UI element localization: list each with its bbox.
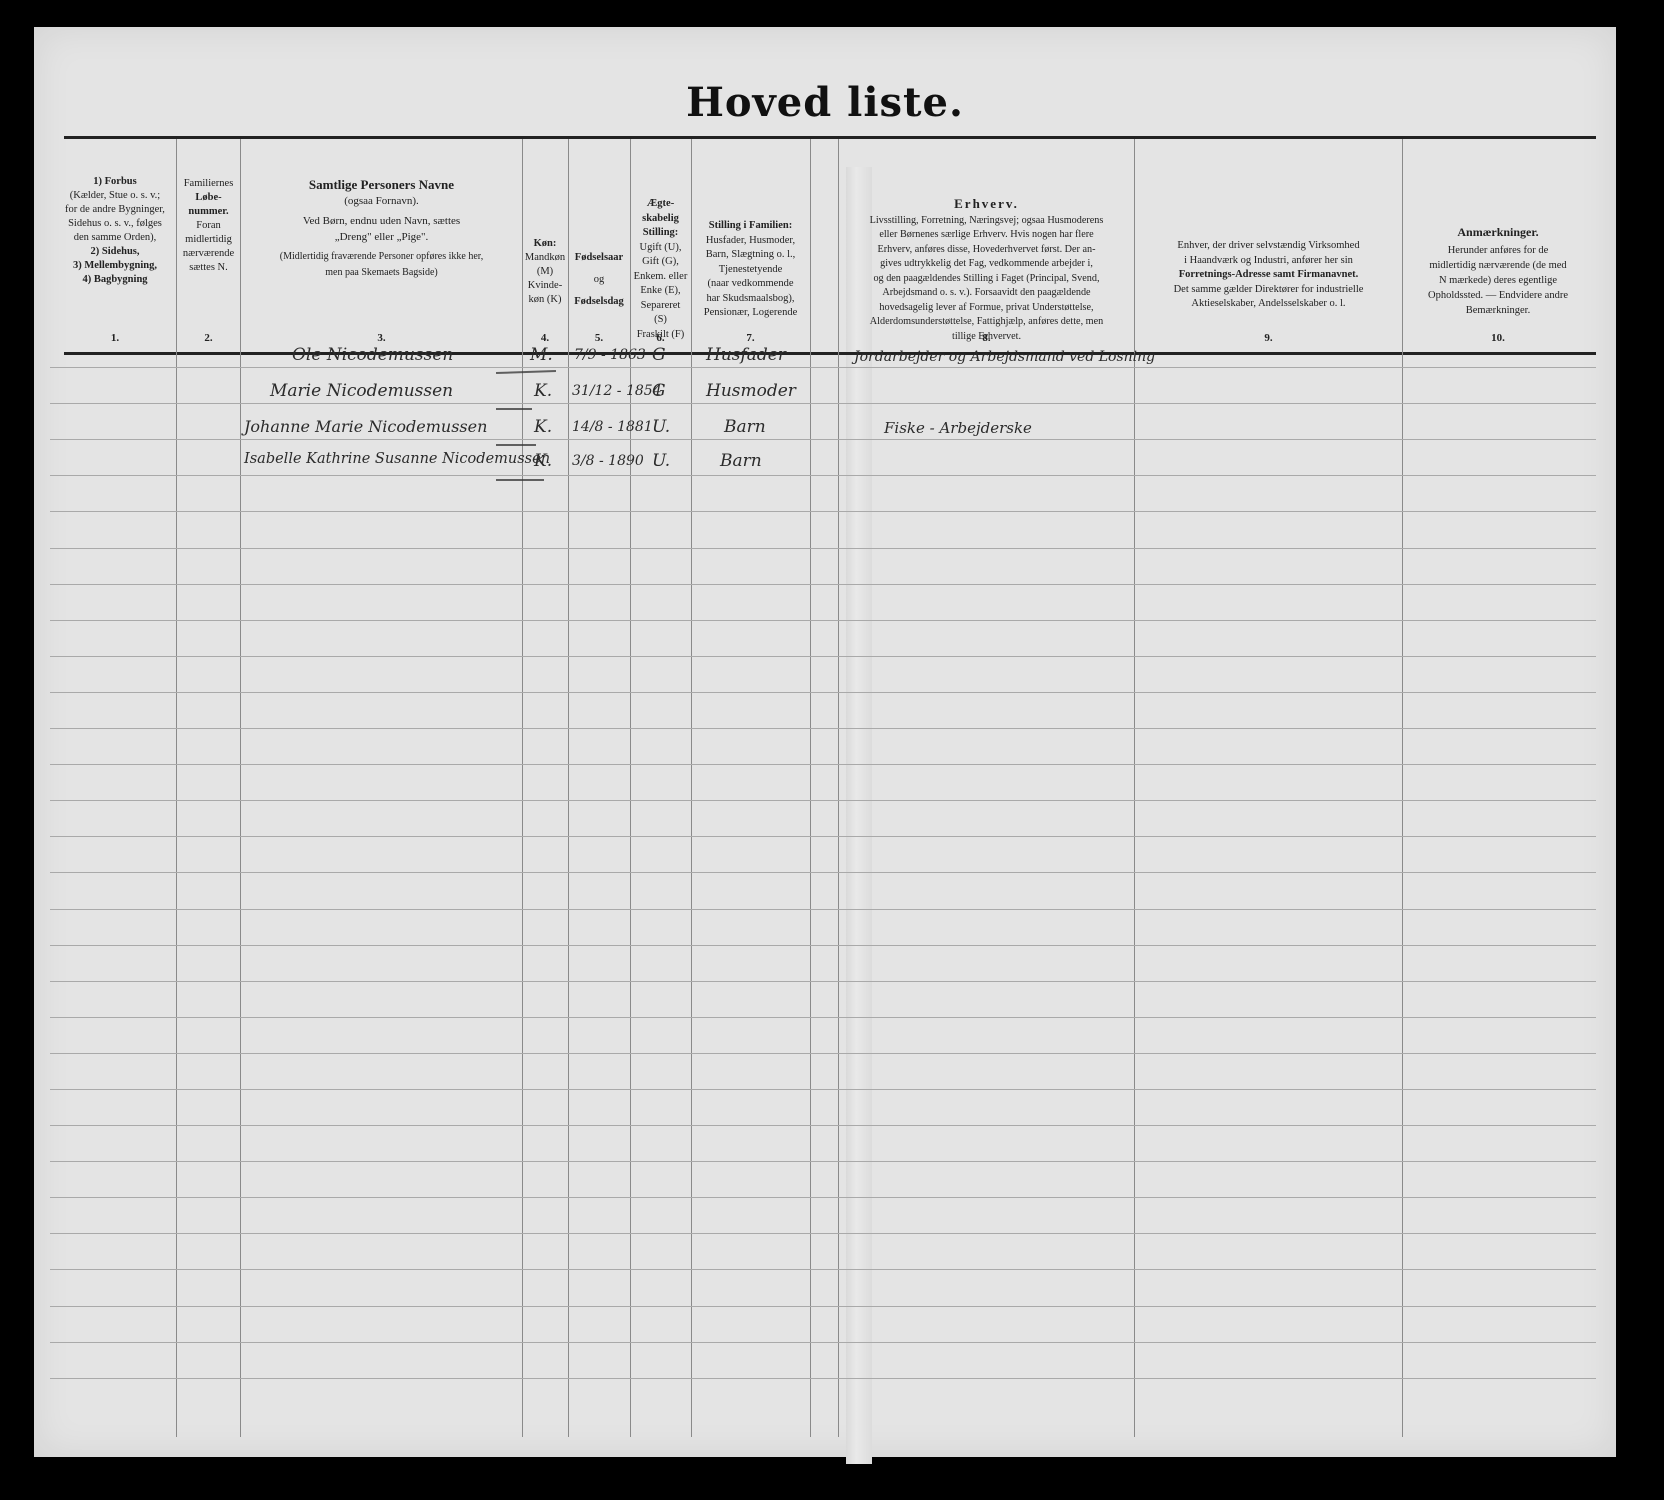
ruled-line bbox=[50, 872, 1596, 873]
header-text: midlertidig nærværende (de med bbox=[1403, 258, 1593, 273]
header-text: Barn, Slægtning o. l., bbox=[691, 248, 810, 263]
header-text: Arbejdsmand o. s. v.). Forsaavidt den pa… bbox=[839, 286, 1134, 301]
header-text: midlertidig bbox=[177, 233, 240, 247]
occupation: Fiske - Arbejderske bbox=[884, 419, 1032, 437]
ruled-line bbox=[50, 475, 1596, 476]
birth-date: 14/8 - 1881 bbox=[572, 419, 653, 435]
header-col-7: Stilling i Familien: Husfader, Husmoder,… bbox=[691, 219, 810, 321]
sex-value: K. bbox=[534, 417, 552, 437]
header-text: Foran bbox=[177, 219, 240, 233]
header-text: Løbe- bbox=[177, 191, 240, 205]
birth-date: 7/9 - 1863 bbox=[574, 347, 646, 363]
header-text: Ægte- bbox=[630, 197, 691, 212]
header-text: eller Børnenes særlige Erhverv. Hvis nog… bbox=[839, 228, 1134, 243]
family-role: Husfader bbox=[706, 345, 786, 365]
sex-value: K. bbox=[534, 451, 552, 471]
header-text: Husfader, Husmoder, bbox=[691, 234, 810, 249]
header-top-rule bbox=[64, 136, 1596, 139]
header-text: Fødselsaar bbox=[568, 247, 630, 269]
family-separator-stroke bbox=[496, 479, 544, 481]
header-text: Opholdssted. — Endvidere andre bbox=[1403, 288, 1593, 303]
header-text: (Midlertidig fraværende Personer opføres… bbox=[241, 249, 522, 265]
header-text: 1) Forbus bbox=[54, 175, 176, 189]
header-col-4: Køn: Mandkøn (M) Kvinde- køn (K) bbox=[522, 237, 568, 307]
column-number: 7. bbox=[691, 332, 810, 344]
ruled-line bbox=[50, 511, 1596, 512]
ruled-line bbox=[50, 1125, 1596, 1126]
ruled-line bbox=[50, 367, 1596, 368]
header-text: Tjenestetyende bbox=[691, 263, 810, 278]
header-text: Samtlige Personers Navne bbox=[241, 177, 522, 193]
birth-date: 31/12 - 1854 bbox=[572, 383, 662, 399]
ruled-line bbox=[50, 764, 1596, 765]
ruled-line bbox=[50, 1269, 1596, 1270]
ruled-line bbox=[50, 728, 1596, 729]
column-number: 2. bbox=[177, 332, 240, 344]
header-text: Pensionær, Logerende bbox=[691, 306, 810, 321]
header-text: 3) Mellembygning, bbox=[54, 259, 176, 273]
ruled-line bbox=[50, 656, 1596, 657]
ruled-line bbox=[50, 1306, 1596, 1307]
header-text: Herunder anføres for de bbox=[1403, 243, 1593, 258]
column-number: 4. bbox=[522, 332, 568, 344]
header-text: Erhverv. bbox=[839, 197, 1134, 212]
family-role: Barn bbox=[724, 417, 766, 437]
header-text: i Haandværk og Industri, anfører her sin bbox=[1135, 254, 1402, 269]
ruled-line bbox=[50, 1197, 1596, 1198]
header-text: Enke (E), bbox=[630, 284, 691, 299]
header-text: Anmærkninger. bbox=[1403, 225, 1593, 240]
header-text: nærværende bbox=[177, 247, 240, 261]
header-text: Sidehus o. s. v., følges bbox=[54, 217, 176, 231]
ruled-line bbox=[50, 439, 1596, 440]
header-text: Erhverv, anføres disse, Hovederhvervet f… bbox=[839, 243, 1134, 258]
header-col-8: Erhverv. Livsstilling, Forretning, Nærin… bbox=[839, 197, 1134, 344]
header-text: Ugift (U), bbox=[630, 241, 691, 256]
person-name: Ole Nicodemussen bbox=[292, 345, 453, 365]
header-col-2: Familiernes Løbe- nummer. Foran midlerti… bbox=[177, 177, 240, 275]
header-text: Bemærkninger. bbox=[1403, 303, 1593, 318]
header-text: 2) Sidehus, bbox=[54, 245, 176, 259]
header-text: hovedsagelig lever af Formue, privat Und… bbox=[839, 301, 1134, 316]
marital-status: G bbox=[652, 345, 666, 365]
column-divider bbox=[810, 139, 811, 1437]
page-title: Hoved liste. bbox=[34, 79, 1616, 126]
column-number: 9. bbox=[1135, 332, 1402, 344]
header-text: „Dreng" eller „Pige". bbox=[241, 229, 522, 245]
header-text: (ogsaa Fornavn). bbox=[241, 193, 522, 209]
header-col-1: 1) Forbus (Kælder, Stue o. s. v.; for de… bbox=[54, 175, 176, 287]
family-separator-stroke bbox=[496, 370, 556, 374]
ruled-line bbox=[50, 1378, 1596, 1379]
ruled-line bbox=[50, 403, 1596, 404]
ruled-line bbox=[50, 981, 1596, 982]
family-separator-stroke bbox=[496, 444, 536, 446]
ruled-line bbox=[50, 1017, 1596, 1018]
column-number: 6. bbox=[630, 332, 691, 344]
ruled-line bbox=[50, 800, 1596, 801]
ruled-line bbox=[50, 620, 1596, 621]
column-number: 1. bbox=[54, 332, 176, 344]
header-text: Kvinde- bbox=[522, 279, 568, 293]
header-text: (S) bbox=[630, 313, 691, 328]
header-text: Separeret bbox=[630, 299, 691, 314]
header-text: skabelig bbox=[630, 212, 691, 227]
header-text: (naar vedkommende bbox=[691, 277, 810, 292]
header-text: Livsstilling, Forretning, Næringsvej; og… bbox=[839, 214, 1134, 229]
header-text: 4) Bagbygning bbox=[54, 273, 176, 287]
column-number: 8. bbox=[839, 332, 1134, 344]
header-text: og bbox=[568, 269, 630, 291]
marital-status: G bbox=[652, 381, 666, 401]
ruled-line bbox=[50, 1161, 1596, 1162]
header-text: nummer. bbox=[177, 205, 240, 219]
header-text: sættes N. bbox=[177, 261, 240, 275]
ruled-line bbox=[50, 909, 1596, 910]
header-col-6: Ægte- skabelig Stilling: Ugift (U), Gift… bbox=[630, 197, 691, 342]
ruled-line bbox=[50, 548, 1596, 549]
header-text: Alderdomsunderstøttelse, Fattighjælp, an… bbox=[839, 315, 1134, 330]
person-name: Johanne Marie Nicodemussen bbox=[244, 417, 487, 436]
ruled-line bbox=[50, 584, 1596, 585]
header-text: Aktieselskaber, Andelsselskaber o. l. bbox=[1135, 297, 1402, 312]
header-text: den samme Orden), bbox=[54, 231, 176, 245]
ruled-line bbox=[50, 692, 1596, 693]
header-text: Forretnings-Adresse samt Firmanavnet. bbox=[1135, 268, 1402, 283]
ruled-line bbox=[50, 1053, 1596, 1054]
header-text: har Skudsmaalsbog), bbox=[691, 292, 810, 307]
column-number: 3. bbox=[241, 332, 522, 344]
header-text: Ved Børn, endnu uden Navn, sættes bbox=[241, 213, 522, 229]
header-text: Stilling: bbox=[630, 226, 691, 241]
header-text: Køn: bbox=[522, 237, 568, 251]
header-text: Gift (G), bbox=[630, 255, 691, 270]
ruled-line bbox=[50, 1233, 1596, 1234]
header-text: Enhver, der driver selvstændig Virksomhe… bbox=[1135, 239, 1402, 254]
header-text: og den paagældendes Stilling i Faget (Pr… bbox=[839, 272, 1134, 287]
header-text: Mandkøn bbox=[522, 251, 568, 265]
family-separator-stroke bbox=[496, 408, 532, 410]
birth-date: 3/8 - 1890 bbox=[572, 453, 644, 469]
header-text: Det samme gælder Direktører for industri… bbox=[1135, 283, 1402, 298]
header-col-5: Fødselsaar og Fødselsdag bbox=[568, 247, 630, 313]
ruled-line bbox=[50, 1089, 1596, 1090]
header-text: gives udtrykkelig det Fag, vedkommende a… bbox=[839, 257, 1134, 272]
header-text: (Kælder, Stue o. s. v.; bbox=[54, 189, 176, 203]
header-text: N mærkede) deres egentlige bbox=[1403, 273, 1593, 288]
marital-status: U. bbox=[652, 417, 670, 437]
sex-value: K. bbox=[534, 381, 552, 401]
header-text: Stilling i Familien: bbox=[691, 219, 810, 234]
ruled-line bbox=[50, 945, 1596, 946]
header-col-9: Enhver, der driver selvstændig Virksomhe… bbox=[1135, 239, 1402, 312]
sex-value: M. bbox=[530, 345, 553, 365]
header-text: men paa Skemaets Bagside) bbox=[241, 265, 522, 281]
person-name: Isabelle Kathrine Susanne Nicodemussen bbox=[244, 451, 550, 467]
header-col-3: Samtlige Personers Navne (ogsaa Fornavn)… bbox=[241, 177, 522, 281]
header-text: køn (K) bbox=[522, 293, 568, 307]
person-name: Marie Nicodemussen bbox=[270, 381, 453, 401]
ruled-line bbox=[50, 1342, 1596, 1343]
header-text: (M) bbox=[522, 265, 568, 279]
family-role: Barn bbox=[720, 451, 762, 471]
occupation: Jordarbejder og Arbejdsmand ved Losning bbox=[854, 349, 1155, 365]
header-text: Fødselsdag bbox=[568, 291, 630, 313]
family-role: Husmoder bbox=[706, 381, 796, 401]
column-number: 5. bbox=[568, 332, 630, 344]
column-number: 10. bbox=[1403, 332, 1593, 344]
header-text: Familiernes bbox=[177, 177, 240, 191]
header-text: Enkem. eller bbox=[630, 270, 691, 285]
header-text: for de andre Bygninger, bbox=[54, 203, 176, 217]
ruled-line bbox=[50, 836, 1596, 837]
header-col-10: Anmærkninger. Herunder anføres for de mi… bbox=[1403, 225, 1593, 318]
census-form-page: Hoved liste. 1) Forbus (Kælder, Stue o. … bbox=[34, 27, 1616, 1457]
marital-status: U. bbox=[652, 451, 670, 471]
